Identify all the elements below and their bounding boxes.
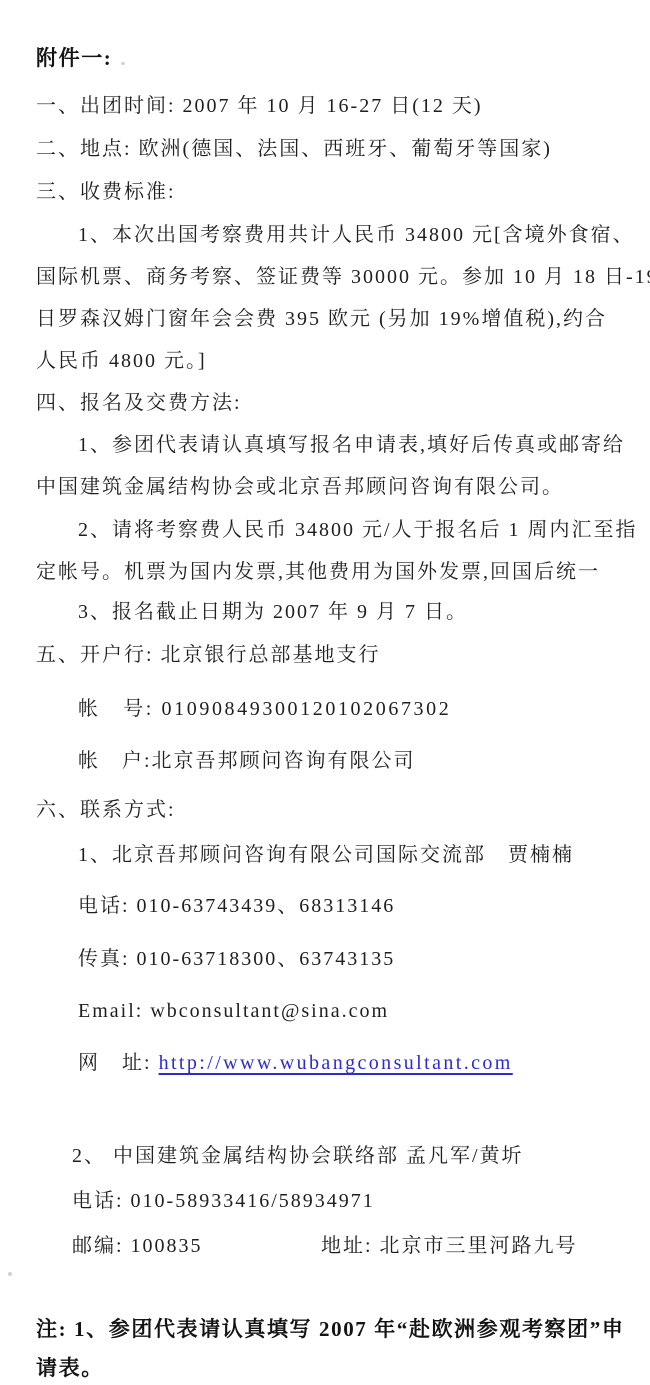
zip-code: 邮编: 100835 xyxy=(72,1235,203,1257)
line-signup-item2-part1: 2、请将考察费人民币 34800 元/人于报名后 1 周内汇至指 xyxy=(78,517,638,543)
line-contact1-fax: 传真: 010-63718300、63743135 xyxy=(78,946,395,972)
line-contact1-phone: 电话: 010-63743439、68313146 xyxy=(78,893,395,919)
line-note-part2: 请表。 xyxy=(36,1355,104,1381)
line-contact1-name: 1、北京吾邦顾问咨询有限公司国际交流部 贾楠楠 xyxy=(78,842,574,868)
line-account-holder: 帐 户:北京吾邦顾问咨询有限公司 xyxy=(78,748,416,774)
line-fee-item1-part1: 1、本次出国考察费用共计人民币 34800 元[含境外食宿、 xyxy=(78,222,635,248)
line-note-part1: 注: 1、参团代表请认真填写 2007 年“赴欧洲参观考察团”申 xyxy=(36,1316,624,1342)
line-signup-item1-part1: 1、参团代表请认真填写报名申请表,填好后传真或邮寄给 xyxy=(78,432,625,458)
address: 地址: 北京市三里河路九号 xyxy=(321,1233,578,1259)
line-account-number: 帐 号: 01090849300120102067302 xyxy=(78,696,451,722)
line-contact-title: 六、联系方式: xyxy=(36,797,176,823)
document-page: 附件一: 一、出团时间: 2007 年 10 月 16-27 日(12 天) 二… xyxy=(0,0,650,1385)
website-label: 网 址: xyxy=(78,1052,159,1074)
website-link[interactable]: http://www.wubangconsultant.com xyxy=(159,1052,513,1074)
line-location: 二、地点: 欧洲(德国、法国、西班牙、葡萄牙等国家) xyxy=(36,136,552,162)
attachment-heading: 附件一: xyxy=(36,45,112,71)
line-contact2-name: 2、 中国建筑金属结构协会联络部 孟凡军/黄圻 xyxy=(72,1143,524,1169)
line-fee-item1-part4: 人民币 4800 元。] xyxy=(36,348,207,374)
line-signup-item2-part2: 定帐号。机票为国内发票,其他费用为国外发票,回国后统一 xyxy=(36,559,600,585)
line-fees-title: 三、收费标准: xyxy=(36,179,176,205)
line-signup-item3: 3、报名截止日期为 2007 年 9 月 7 日。 xyxy=(78,599,468,625)
line-contact1-email: Email: wbconsultant@sina.com xyxy=(78,998,389,1024)
scan-speck xyxy=(8,1272,12,1276)
line-contact2-phone: 电话: 010-58933416/58934971 xyxy=(72,1188,375,1214)
line-contact1-website: 网 址: http://www.wubangconsultant.com xyxy=(78,1050,513,1076)
line-bank-name: 五、开户行: 北京银行总部基地支行 xyxy=(36,642,381,668)
line-fee-item1-part3: 日罗森汉姆门窗年会会费 395 欧元 (另加 19%增值税),约合 xyxy=(36,306,607,332)
line-signup-title: 四、报名及交费方法: xyxy=(36,390,242,416)
line-departure-time: 一、出团时间: 2007 年 10 月 16-27 日(12 天) xyxy=(36,93,483,119)
line-signup-item1-part2: 中国建筑金属结构协会或北京吾邦顾问咨询有限公司。 xyxy=(36,474,564,500)
line-contact2-zip-address: 邮编: 100835 地址: 北京市三里河路九号 xyxy=(72,1233,203,1259)
scan-smudge xyxy=(121,62,125,65)
line-fee-item1-part2: 国际机票、商务考察、签证费等 30000 元。参加 10 月 18 日-19 xyxy=(36,264,650,290)
